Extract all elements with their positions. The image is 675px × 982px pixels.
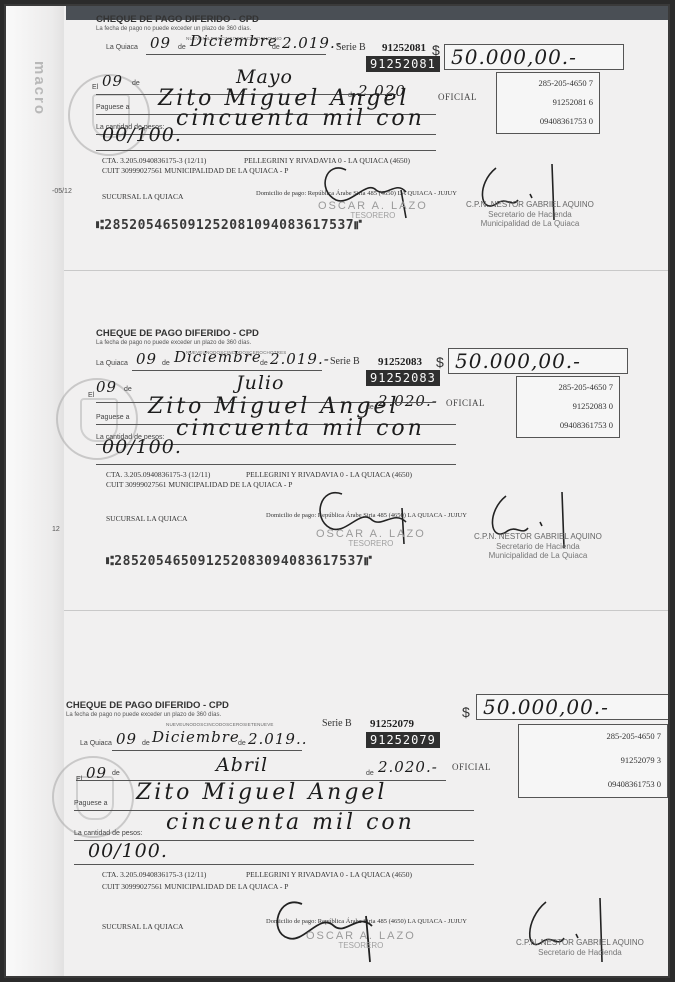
de-label: de [260,360,268,367]
code-line: 09408361753 0 [540,116,593,126]
code-line: 285-205-4650 7 [538,78,593,88]
serie-label: Serie B [336,42,366,53]
serie-number: 91252083 [378,356,422,368]
pay-month: Mayo [236,66,293,88]
branch-label: SUCURSAL LA QUIACA [102,192,183,201]
amount-words-2: 00/100. [102,436,182,458]
de-label: de [142,740,150,747]
issue-year: 2.019.- [282,34,342,52]
code-line: 09408361753 0 [560,420,613,430]
currency-symbol: $ [436,354,444,370]
cheque-subtitle: La fecha de pago no puede exceder un pla… [96,340,251,346]
code-line: 91252081 6 [553,97,593,107]
code-line: 285-205-4650 7 [606,731,661,741]
pay-month: Julio [236,372,284,394]
amount-words-label: La cantidad de pesos: [74,830,143,837]
amount-words-2: 00/100. [88,840,168,862]
amount-words-2: 00/100. [102,124,182,146]
cheque-2: CHEQUE DE PAGO DIFERIDO - CPD La fecha d… [66,328,670,618]
issue-month: Diciembre [174,348,262,366]
oficial-label: OFICIAL [438,92,477,102]
cheque-title: CHEQUE DE PAGO DIFERIDO - CPD [66,700,229,711]
serie-label: Serie B [322,718,352,729]
amount-box: 50.000,00.- [444,44,624,70]
account-line: CTA. 3.205.0940836175-3 (12/11) [102,870,206,879]
account-line: CTA. 3.205.0940836175-3 (12/11) [106,470,210,479]
de-label: de [366,770,374,777]
issue-month: Diciembre [152,728,240,746]
serie-label: Serie B [330,356,360,367]
cuit-line: CUIT 30999027561 MUNICIPALIDAD DE LA QUI… [102,166,288,175]
micr-line: ⑆285205465091252081094083617537⑈ [96,218,362,233]
cheque-title: CHEQUE DE PAGO DIFERIDO - CPD [96,328,259,339]
amount-words-1: cincuenta mil con [176,106,425,131]
pay-month: Abril [216,754,268,776]
branch-address: PELLEGRINI Y RIVADAVIA 0 - LA QUIACA (46… [246,870,412,879]
code-line: 91252083 0 [573,401,613,411]
issue-day: 09 [150,34,171,52]
issue-month: Diciembre [190,32,278,50]
serie-number-inverted: 91252083 [366,370,440,386]
de-label: de [272,44,280,51]
serie-number-inverted: 91252081 [366,56,440,72]
de-label: de [162,360,170,367]
amount-value: 50.000,00.- [483,695,609,719]
printed-serial-words: NUEVEUNODOSCINCODOSCEROSIETENUEVE [166,722,274,727]
de-label: de [124,386,132,393]
issue-year: 2.019.- [270,350,330,368]
pay-day: 09 [96,378,117,396]
currency-symbol: $ [432,42,440,58]
codes-box: 285-205-4650 7 91252079 3 09408361753 0 [518,724,668,798]
serie-number: 91252079 [370,718,414,730]
code-line: 09408361753 0 [608,779,661,789]
place-label: La Quiaca [96,360,128,367]
cheque-subtitle: La fecha de pago no puede exceder un pla… [66,712,221,718]
secretary-stamp: C.P.N. NESTOR GABRIEL AQUINO Secretario … [466,200,594,229]
cuit-line: CUIT 30999027561 MUNICIPALIDAD DE LA QUI… [106,480,292,489]
currency-symbol: $ [462,704,470,720]
de-label: de [112,770,120,777]
spine-note: 12 [52,526,60,533]
cuit-line: CUIT 30999027561 MUNICIPALIDAD DE LA QUI… [102,882,288,891]
amount-words-1: cincuenta mil con [176,416,425,441]
micr-line: ⑆285205465091252083094083617537⑈ [106,554,372,569]
pay-year: 2.020.- [378,758,438,776]
branch-label: SUCURSAL LA QUIACA [102,922,183,931]
amount-box: 50.000,00.- [448,348,628,374]
code-line: 285-205-4650 7 [558,382,613,392]
payee-label: Paguese a [96,104,129,111]
amount-value: 50.000,00.- [455,349,581,373]
cheque-1: CHEQUE DE PAGO DIFERIDO - CPD La fecha d… [66,14,670,304]
el-label: El [92,84,98,91]
spine-brand-label: macro [31,61,48,116]
issue-day: 09 [136,350,157,368]
amount-box: 50.000,00.- [476,694,670,720]
de-label: de [238,740,246,747]
place-label: La Quiaca [106,44,138,51]
branch-label: SUCURSAL LA QUIACA [106,514,187,523]
binder-spine: macro -05/12 12 [6,6,64,978]
el-label: El [88,392,94,399]
de-label: de [132,80,140,87]
issue-day: 09 [116,730,137,748]
cheque-3: CHEQUE DE PAGO DIFERIDO - CPD La fecha d… [66,700,670,978]
codes-box: 285-205-4650 7 91252081 6 09408361753 0 [496,72,600,134]
codes-box: 285-205-4650 7 91252083 0 09408361753 0 [516,376,620,438]
treasurer-stamp: OSCAR A. LAZO TESORERO [316,528,426,549]
place-label: La Quiaca [80,740,112,747]
serie-number-inverted: 91252079 [366,732,440,748]
payee-label: Paguese a [74,800,107,807]
secretary-stamp: C.P.N. NESTOR GABRIEL AQUINO Secretario … [516,938,644,957]
amount-words-1: cincuenta mil con [166,810,415,835]
serie-number: 91252081 [382,42,426,54]
secretary-stamp: C.P.N. NESTOR GABRIEL AQUINO Secretario … [474,532,602,561]
cheque-title: CHEQUE DE PAGO DIFERIDO - CPD [96,14,259,25]
issue-year: 2.019.. [248,730,307,748]
oficial-label: OFICIAL [452,762,491,772]
payee-label: Paguese a [96,414,129,421]
pay-day: 09 [102,72,123,90]
amount-value: 50.000,00.- [451,45,577,69]
payee-name: Zito Miguel Angel [136,780,387,805]
treasurer-stamp: OSCAR A. LAZO TESORERO [306,930,416,951]
oficial-label: OFICIAL [446,398,485,408]
code-line: 91252079 3 [621,755,661,765]
account-line: CTA. 3.205.0940836175-3 (12/11) [102,156,206,165]
de-label: de [178,44,186,51]
photocopied-page: macro -05/12 12 CHEQUE DE PAGO DIFERIDO … [4,4,670,978]
treasurer-signature [262,886,392,966]
